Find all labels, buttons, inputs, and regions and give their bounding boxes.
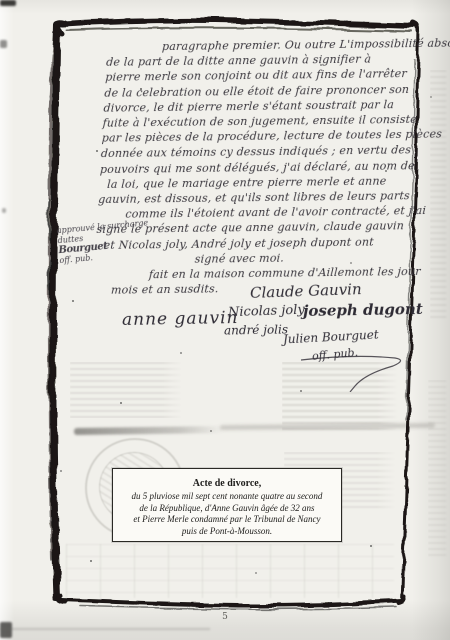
margin-approval-note: approuvé la surcharge duttes Bourguet of…	[56, 218, 155, 266]
caption-title: Acte de divorce,	[113, 478, 341, 489]
caption-line: du 5 pluviose mil sept cent nonante quat…	[113, 491, 341, 503]
manuscript-text-block: paragraphe premier. Ou outre L'impossibi…	[93, 36, 420, 298]
caption-line: de la République, d'Anne Gauvin âgée de …	[113, 503, 341, 515]
caption-box: Acte de divorce, du 5 pluviose mil sept …	[112, 468, 342, 542]
page-number: 5	[0, 612, 450, 622]
scanned-document-page: { "colors": { "ink": "#37343b", "page": …	[0, 0, 450, 640]
bleed-through-right-column	[282, 362, 398, 432]
signature-nicolas-joly: Nicolas joly	[228, 303, 305, 321]
bleed-through-table-grid	[66, 544, 394, 598]
scan-artifact-bottom-left	[0, 622, 12, 638]
scan-artifact-left	[0, 40, 7, 48]
scan-artifact-left-2	[2, 208, 6, 213]
signature-joseph-dupont: joseph dugont	[303, 300, 423, 320]
scan-artifact-top-left	[0, 0, 16, 6]
signature-andre-joly: andré jolis	[224, 322, 288, 337]
scan-highlight-left	[0, 0, 14, 640]
caption-line: et Pierre Merle condamné par le Tribunal…	[113, 514, 341, 526]
caption-line: puis de Pont-à-Mousson.	[113, 526, 341, 538]
bleed-through-right-edge	[430, 70, 448, 320]
bleed-through-right-edge-lower	[428, 380, 448, 560]
scan-artifact-bottom-line	[0, 628, 210, 630]
signature-anne-gauvin: anne gauvin	[122, 308, 239, 330]
paper-specks	[0, 0, 2, 2]
bleed-through-left-column	[70, 362, 182, 418]
